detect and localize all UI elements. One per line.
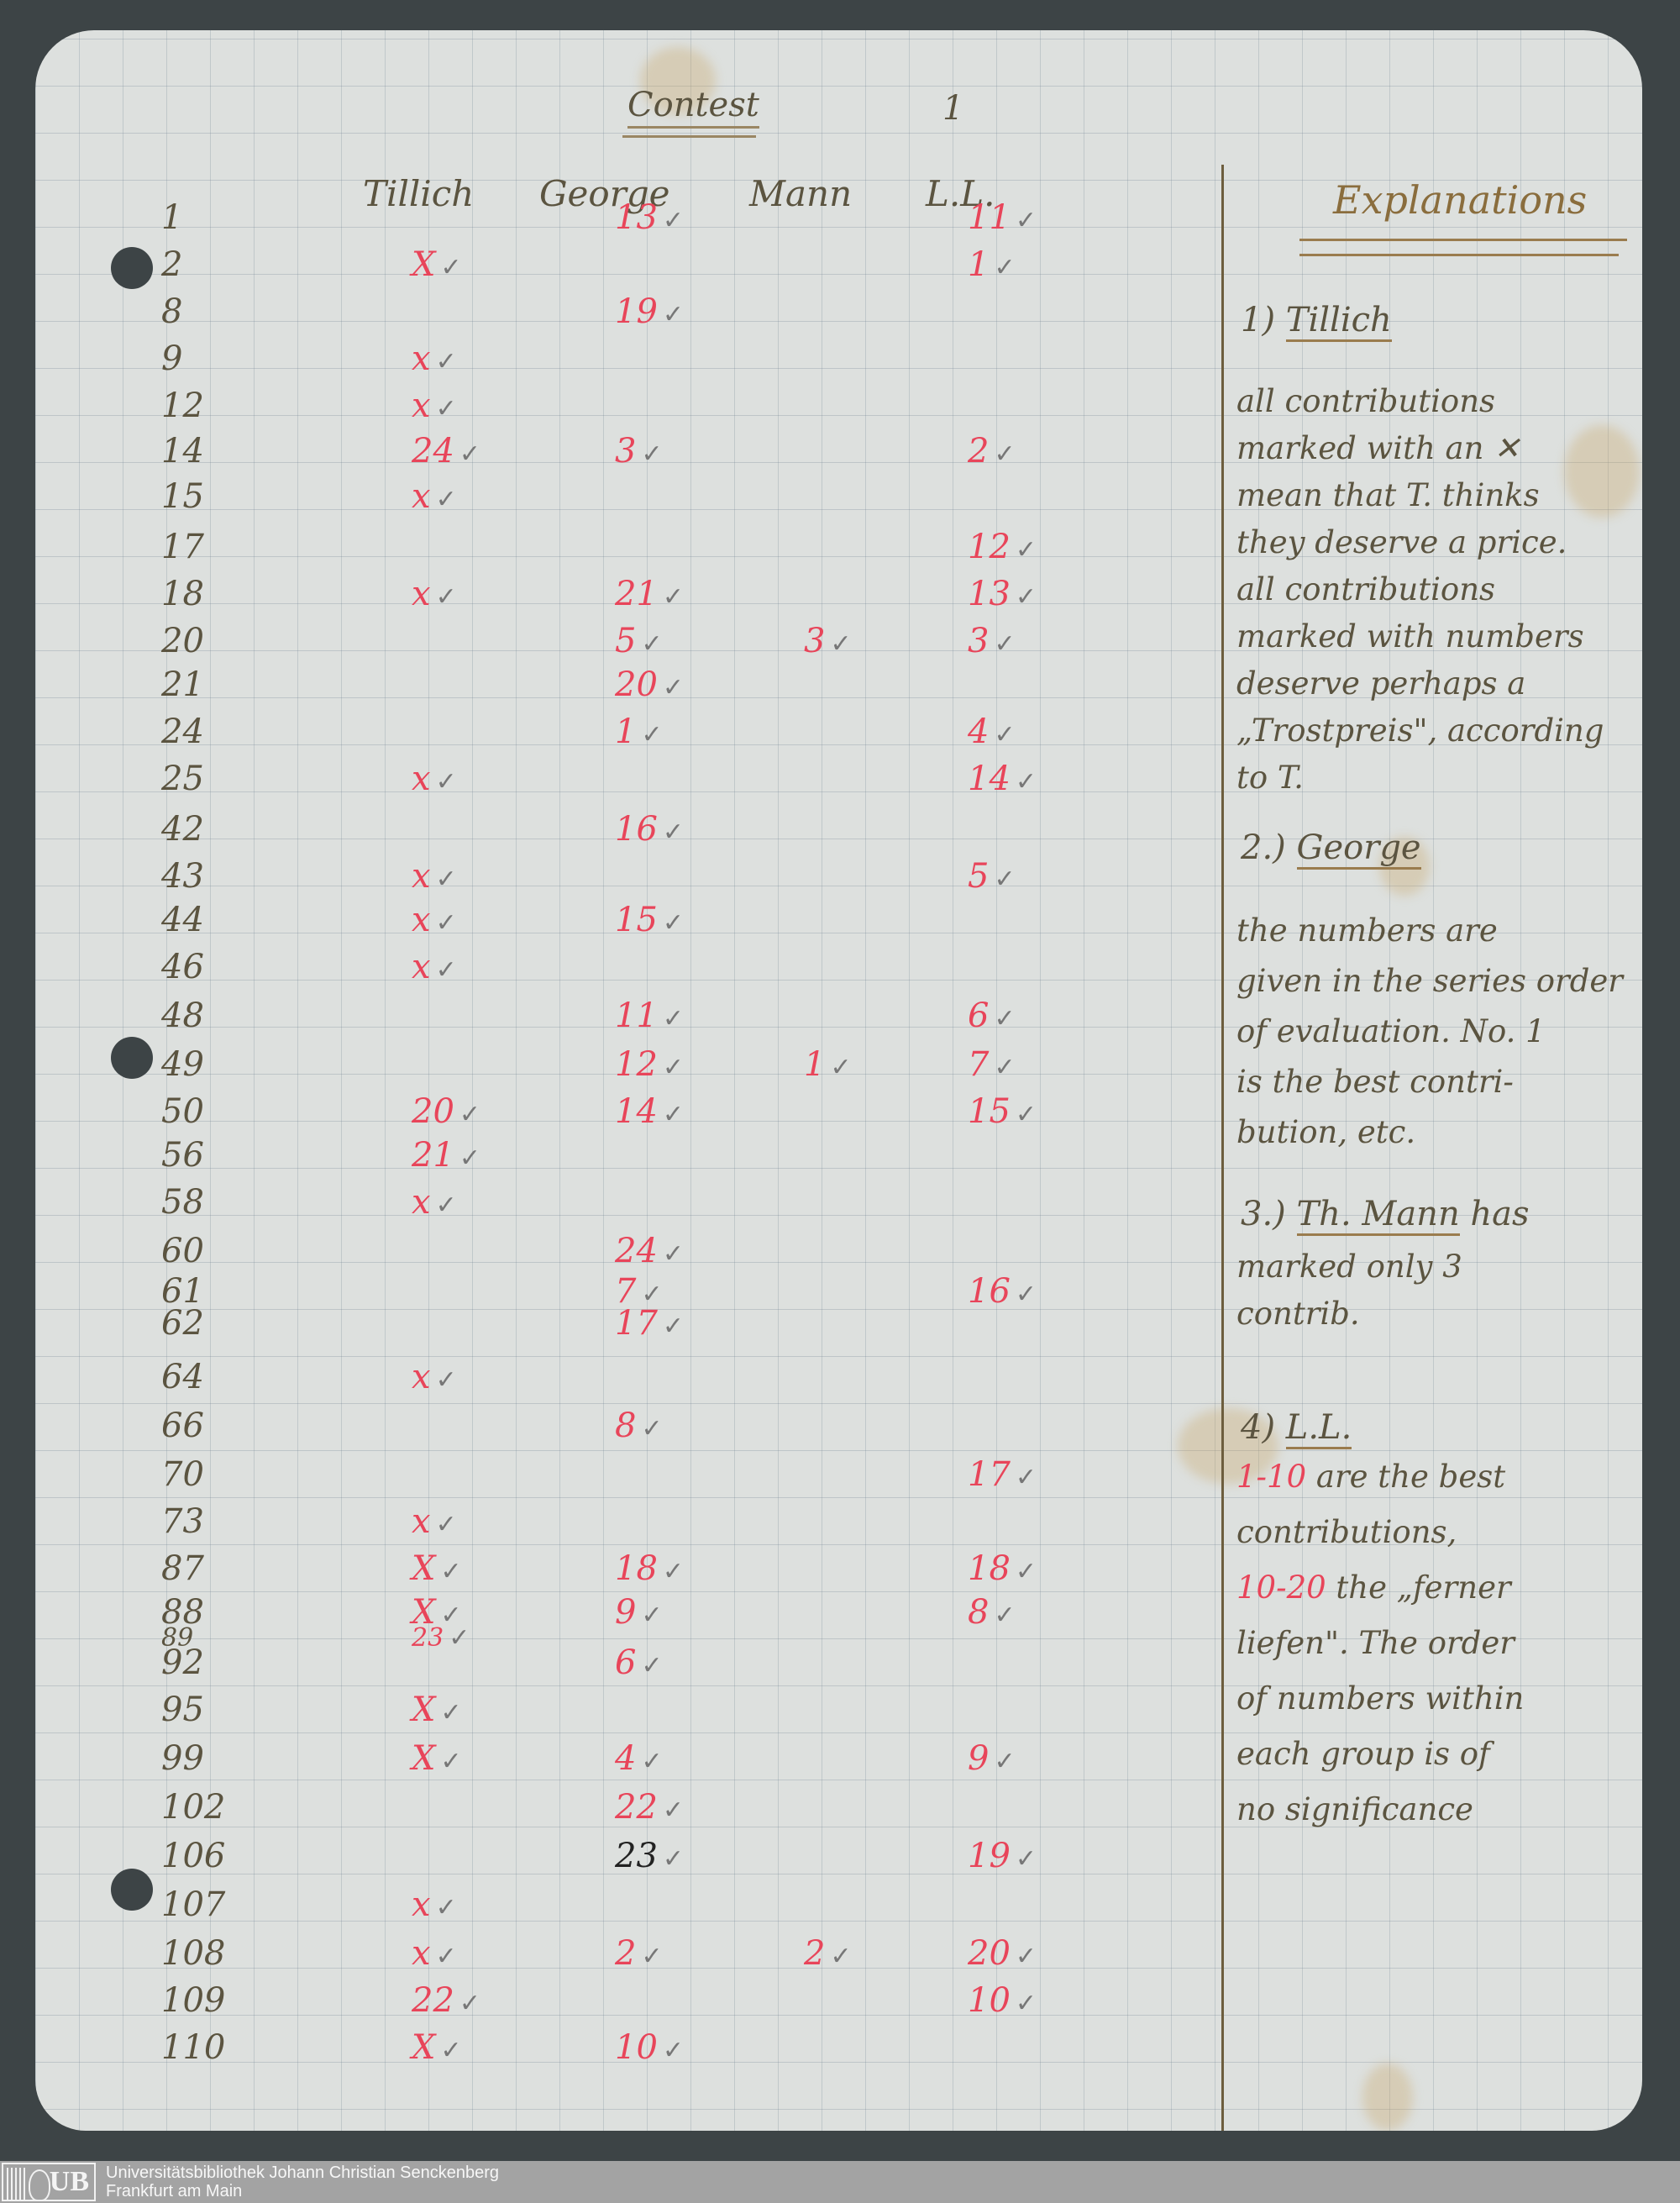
check-mark-icon: ✓ (440, 1557, 461, 1586)
row-number: 18 (161, 575, 237, 613)
check-mark-icon: ✓ (459, 1100, 480, 1129)
rating-cell-ll: 19✓ (968, 1837, 1037, 1875)
rating-value: x (412, 1502, 431, 1541)
check-mark-icon: ✓ (994, 1004, 1015, 1033)
rating-value: X (412, 1549, 435, 1588)
row-number: 44 (161, 901, 237, 939)
heading-suffix: has (1470, 1195, 1529, 1233)
check-mark-icon: ✓ (449, 1623, 470, 1653)
rating-cell-george: 3✓ (615, 432, 663, 471)
check-mark-icon: ✓ (663, 908, 684, 938)
row-number: 99 (161, 1739, 237, 1778)
title-underline (1299, 254, 1619, 256)
stain (1362, 2064, 1413, 2131)
check-mark-icon: ✓ (1016, 1989, 1037, 2018)
document-title: Contest (627, 86, 759, 129)
check-mark-icon: ✓ (436, 908, 457, 938)
check-mark-icon: ✓ (1016, 767, 1037, 797)
row-number: 73 (161, 1502, 237, 1541)
row-number: 64 (161, 1358, 237, 1396)
rating-value: x (412, 948, 431, 986)
explanation-line: all contributions (1236, 383, 1495, 419)
rating-value: 16 (968, 1272, 1011, 1311)
rating-value: 8 (615, 1406, 636, 1445)
rating-value: 15 (968, 1092, 1011, 1131)
rating-cell-tillich: 20✓ (412, 1092, 480, 1131)
check-mark-icon: ✓ (436, 1942, 457, 1971)
rating-value: 18 (968, 1549, 1011, 1588)
punch-hole (111, 247, 153, 289)
rating-value: 17 (968, 1455, 1011, 1494)
check-mark-icon: ✓ (830, 1942, 851, 1971)
ub-logo: UB (2, 2163, 96, 2201)
rating-cell-george: 23✓ (615, 1837, 684, 1875)
explanation-heading: 3.) Th. Mann has (1241, 1195, 1530, 1233)
heading-number: 4) (1241, 1408, 1275, 1447)
rating-cell-george: 4✓ (615, 1739, 663, 1778)
row-number: 109 (161, 1981, 237, 2020)
check-mark-icon: ✓ (994, 1747, 1015, 1776)
check-mark-icon: ✓ (641, 1747, 662, 1776)
check-mark-icon: ✓ (459, 439, 480, 469)
check-mark-icon: ✓ (663, 818, 684, 847)
row-number: 24 (161, 712, 237, 751)
rating-cell-ll: 18✓ (968, 1549, 1037, 1588)
rating-value: 18 (615, 1549, 658, 1588)
rating-value: 9 (615, 1593, 636, 1632)
row-number: 21 (161, 665, 237, 704)
check-mark-icon: ✓ (459, 1144, 480, 1173)
rating-value: 12 (968, 528, 1011, 566)
check-mark-icon: ✓ (994, 1053, 1015, 1082)
check-mark-icon: ✓ (663, 582, 684, 612)
rating-value: x (412, 477, 431, 516)
row-number: 8 (161, 292, 237, 331)
rating-cell-tillich: x✓ (412, 1934, 457, 1973)
check-mark-icon: ✓ (1016, 1844, 1037, 1874)
red-range-label: 10-20 (1236, 1569, 1326, 1606)
heading-number: 2.) (1241, 828, 1286, 867)
check-mark-icon: ✓ (436, 1510, 457, 1539)
row-number: 102 (161, 1788, 237, 1827)
rating-cell-george: 18✓ (615, 1549, 684, 1588)
explanation-line: „Trostpreis", according (1236, 712, 1604, 749)
rating-value: x (412, 339, 431, 378)
rating-cell-george: 15✓ (615, 901, 684, 939)
line-text: the „ferner (1326, 1569, 1511, 1606)
check-mark-icon: ✓ (436, 347, 457, 376)
rating-value: 2 (804, 1934, 825, 1973)
rating-cell-ll: 8✓ (968, 1593, 1016, 1632)
check-mark-icon: ✓ (830, 1053, 851, 1082)
check-mark-icon: ✓ (1016, 1557, 1037, 1586)
row-number: 62 (161, 1304, 237, 1343)
explanation-line: liefen". The order (1236, 1625, 1515, 1661)
heading-name: George (1297, 828, 1421, 870)
rating-cell-ll: 10✓ (968, 1981, 1037, 2020)
rating-value: 13 (968, 575, 1011, 613)
row-number: 17 (161, 528, 237, 566)
rating-value: 19 (615, 292, 658, 331)
rating-cell-ll: 15✓ (968, 1092, 1037, 1131)
rating-value: 16 (615, 810, 658, 849)
rating-cell-tillich: X✓ (412, 2028, 462, 2067)
rating-cell-george: 17✓ (615, 1304, 684, 1343)
rating-cell-george: 16✓ (615, 810, 684, 849)
rating-cell-george: 21✓ (615, 575, 684, 613)
row-number: 108 (161, 1934, 237, 1973)
check-mark-icon: ✓ (663, 2036, 684, 2065)
explanation-line: is the best contri- (1236, 1064, 1514, 1100)
rating-value: 7 (968, 1045, 989, 1084)
check-mark-icon: ✓ (663, 206, 684, 235)
title-underline (1299, 239, 1627, 241)
rating-cell-ll: 16✓ (968, 1272, 1037, 1311)
rating-value: 14 (615, 1092, 658, 1131)
rating-cell-tillich: X✓ (412, 245, 462, 284)
check-mark-icon: ✓ (1016, 535, 1037, 565)
check-mark-icon: ✓ (436, 865, 457, 894)
rating-value: 20 (968, 1934, 1011, 1973)
check-mark-icon: ✓ (994, 629, 1015, 659)
check-mark-icon: ✓ (641, 439, 662, 469)
rating-value: X (412, 2028, 435, 2067)
explanation-line: of evaluation. No. 1 (1236, 1013, 1546, 1049)
rating-value: 5 (615, 622, 636, 660)
rating-cell-george: 20✓ (615, 665, 684, 704)
rating-value: 12 (615, 1045, 658, 1084)
rating-cell-ll: 3✓ (968, 622, 1016, 660)
explanation-line: marked with an ✕ (1236, 430, 1520, 466)
rating-cell-ll: 17✓ (968, 1455, 1037, 1494)
check-mark-icon: ✓ (663, 1844, 684, 1874)
rating-cell-ll: 7✓ (968, 1045, 1016, 1084)
explanation-heading: 2.) George (1241, 828, 1421, 867)
rating-value: 9 (968, 1739, 989, 1778)
check-mark-icon: ✓ (440, 1698, 461, 1727)
check-mark-icon: ✓ (641, 629, 662, 659)
rating-cell-george: 8✓ (615, 1406, 663, 1445)
rating-cell-george: 2✓ (615, 1934, 663, 1973)
rating-value: x (412, 760, 431, 798)
rating-value: 22 (615, 1788, 658, 1827)
row-number: 9 (161, 339, 237, 378)
row-number: 107 (161, 1885, 237, 1924)
explanation-line: no significance (1236, 1791, 1473, 1827)
check-mark-icon: ✓ (1016, 206, 1037, 235)
explanation-line: they deserve a price. (1236, 524, 1567, 560)
rating-value: 20 (412, 1092, 454, 1131)
rating-value: x (412, 1358, 431, 1396)
rating-cell-george: 13✓ (615, 198, 684, 237)
rating-value: 4 (968, 712, 989, 751)
rating-cell-tillich: x✓ (412, 948, 457, 986)
row-number: 42 (161, 810, 237, 849)
rating-value: 6 (615, 1643, 636, 1682)
row-number: 12 (161, 386, 237, 425)
rating-cell-tillich: x✓ (412, 857, 457, 896)
check-mark-icon: ✓ (994, 1601, 1015, 1630)
logo-columns-icon (7, 2168, 25, 2200)
rating-value: x (412, 1934, 431, 1973)
rating-value: 11 (615, 996, 658, 1035)
explanation-line: 1-10 are the best (1236, 1459, 1505, 1495)
rating-value: 2 (615, 1934, 636, 1973)
check-mark-icon: ✓ (663, 300, 684, 329)
red-range-label: 1-10 (1236, 1459, 1306, 1495)
library-footer: UB Universitätsbibliothek Johann Christi… (0, 2161, 1680, 2203)
check-mark-icon: ✓ (1016, 1942, 1037, 1971)
row-number: 1 (161, 198, 237, 237)
stain (1564, 425, 1640, 518)
row-number: 58 (161, 1183, 237, 1222)
rating-value: X (412, 1739, 435, 1778)
rating-cell-ll: 1✓ (968, 245, 1016, 284)
explanation-line: 10-20 the „ferner (1236, 1569, 1511, 1606)
rating-cell-ll: 20✓ (968, 1934, 1037, 1973)
column-header-tillich: Tillich (363, 173, 474, 214)
row-number: 20 (161, 622, 237, 660)
rating-cell-tillich: 23✓ (412, 1623, 470, 1653)
explanation-line: the numbers are (1236, 912, 1498, 949)
check-mark-icon: ✓ (641, 1414, 662, 1443)
check-mark-icon: ✓ (436, 394, 457, 423)
rating-cell-ll: 13✓ (968, 575, 1037, 613)
rating-cell-george: 5✓ (615, 622, 663, 660)
rating-cell-tillich: 21✓ (412, 1136, 480, 1175)
rating-value: x (412, 575, 431, 613)
check-mark-icon: ✓ (663, 1239, 684, 1269)
rating-cell-tillich: 22✓ (412, 1981, 480, 2020)
row-number: 60 (161, 1232, 237, 1270)
rating-value: 17 (615, 1304, 658, 1343)
rating-cell-tillich: 24✓ (412, 432, 480, 471)
rating-value: 14 (968, 760, 1011, 798)
row-number: 46 (161, 948, 237, 986)
rating-value: 11 (968, 198, 1011, 237)
rating-value: 21 (615, 575, 658, 613)
rating-value: 1 (615, 712, 636, 751)
rating-value: 22 (412, 1981, 454, 2020)
heading-number: 1) (1241, 301, 1275, 339)
rating-cell-tillich: x✓ (412, 1358, 457, 1396)
check-mark-icon: ✓ (641, 1601, 662, 1630)
rating-cell-george: 6✓ (615, 1643, 663, 1682)
row-number: 50 (161, 1092, 237, 1131)
heading-name: Th. Mann (1297, 1195, 1460, 1236)
rating-value: 15 (615, 901, 658, 939)
rating-value: 24 (412, 432, 454, 471)
check-mark-icon: ✓ (663, 1796, 684, 1825)
rating-cell-tillich: x✓ (412, 575, 457, 613)
row-number: 56 (161, 1136, 237, 1175)
rating-value: 6 (968, 996, 989, 1035)
rating-cell-tillich: x✓ (412, 1502, 457, 1541)
rating-cell-mann: 3✓ (804, 622, 852, 660)
rating-value: 23 (412, 1623, 444, 1653)
check-mark-icon: ✓ (663, 1053, 684, 1082)
rating-cell-george: 14✓ (615, 1092, 684, 1131)
rating-value: 3 (615, 432, 636, 471)
rating-cell-george: 24✓ (615, 1232, 684, 1270)
rating-cell-george: 19✓ (615, 292, 684, 331)
check-mark-icon: ✓ (830, 629, 851, 659)
explanation-heading: 4) L.L. (1241, 1408, 1352, 1447)
row-number: 92 (161, 1643, 237, 1682)
check-mark-icon: ✓ (459, 1989, 480, 2018)
manuscript-page: Contest 1 Tillich George Mann L.L. 113✓1… (35, 30, 1642, 2131)
rating-value: 8 (968, 1593, 989, 1632)
check-mark-icon: ✓ (994, 439, 1015, 469)
heading-number: 3.) (1241, 1195, 1286, 1233)
check-mark-icon: ✓ (436, 767, 457, 797)
explanations-title: Explanations (1333, 177, 1587, 223)
explanation-line: to T. (1236, 760, 1304, 796)
rating-value: 10 (968, 1981, 1011, 2020)
rating-value: x (412, 386, 431, 425)
row-number: 48 (161, 996, 237, 1035)
rating-cell-tillich: x✓ (412, 760, 457, 798)
rating-cell-george: 11✓ (615, 996, 684, 1035)
check-mark-icon: ✓ (440, 253, 461, 282)
check-mark-icon: ✓ (436, 955, 457, 985)
rating-value: x (412, 1885, 431, 1924)
check-mark-icon: ✓ (641, 720, 662, 749)
rating-cell-tillich: x✓ (412, 1885, 457, 1924)
rating-value: x (412, 901, 431, 939)
rating-cell-ll: 14✓ (968, 760, 1037, 798)
explanation-line: each group is of (1236, 1736, 1490, 1772)
rating-cell-tillich: X✓ (412, 1549, 462, 1588)
explanation-line: contrib. (1236, 1296, 1360, 1332)
rating-cell-george: 1✓ (615, 712, 663, 751)
check-mark-icon: ✓ (1016, 582, 1037, 612)
explanation-line: marked with numbers (1236, 618, 1584, 655)
rating-value: 1 (804, 1045, 825, 1084)
rating-value: 3 (968, 622, 989, 660)
explanation-line: of numbers within (1236, 1680, 1524, 1717)
check-mark-icon: ✓ (663, 1100, 684, 1129)
check-mark-icon: ✓ (436, 485, 457, 514)
rating-cell-mann: 1✓ (804, 1045, 852, 1084)
check-mark-icon: ✓ (1016, 1100, 1037, 1129)
check-mark-icon: ✓ (641, 1651, 662, 1680)
rating-value: 4 (615, 1739, 636, 1778)
rating-value: 2 (968, 432, 989, 471)
check-mark-icon: ✓ (994, 253, 1015, 282)
explanation-line: mean that T. thinks (1236, 477, 1540, 513)
library-name: Universitätsbibliothek Johann Christian … (106, 2164, 499, 2200)
rating-value: 10 (615, 2028, 658, 2067)
rating-value: 21 (412, 1136, 454, 1175)
check-mark-icon: ✓ (994, 720, 1015, 749)
row-number: 87 (161, 1549, 237, 1588)
row-number: 14 (161, 432, 237, 471)
row-number: 15 (161, 477, 237, 516)
logo-portrait-icon (29, 2169, 50, 2201)
rating-value: x (412, 1183, 431, 1222)
rating-cell-ll: 9✓ (968, 1739, 1016, 1778)
rating-cell-mann: 2✓ (804, 1934, 852, 1973)
column-divider (1221, 165, 1224, 2131)
explanation-line: all contributions (1236, 571, 1495, 607)
rating-cell-tillich: x✓ (412, 339, 457, 378)
explanation-line: marked only 3 (1236, 1249, 1462, 1285)
explanation-line: given in the series order (1236, 963, 1623, 999)
rating-cell-ll: 12✓ (968, 528, 1037, 566)
column-header-mann: Mann (749, 173, 852, 214)
row-number: 110 (161, 2028, 237, 2067)
check-mark-icon: ✓ (436, 582, 457, 612)
heading-name: Tillich (1286, 301, 1392, 342)
row-number: 70 (161, 1455, 237, 1494)
rating-cell-george: 12✓ (615, 1045, 684, 1084)
logo-text: UB (50, 2166, 89, 2198)
check-mark-icon: ✓ (1016, 1463, 1037, 1492)
rating-cell-ll: 4✓ (968, 712, 1016, 751)
rating-cell-ll: 6✓ (968, 996, 1016, 1035)
rating-cell-tillich: x✓ (412, 477, 457, 516)
rating-value: 5 (968, 857, 989, 896)
check-mark-icon: ✓ (663, 1004, 684, 1033)
check-mark-icon: ✓ (994, 865, 1015, 894)
rating-cell-george: 10✓ (615, 2028, 684, 2067)
check-mark-icon: ✓ (663, 1557, 684, 1586)
rating-value: 3 (804, 622, 825, 660)
rating-value: 19 (968, 1837, 1011, 1875)
rating-cell-ll: 11✓ (968, 198, 1037, 237)
punch-hole (111, 1869, 153, 1911)
rating-cell-tillich: x✓ (412, 386, 457, 425)
rating-cell-tillich: x✓ (412, 1183, 457, 1222)
rating-cell-tillich: X✓ (412, 1739, 462, 1778)
rating-value: X (412, 1690, 435, 1729)
row-number: 43 (161, 857, 237, 896)
rating-value: 20 (615, 665, 658, 704)
line-text: are the best (1306, 1459, 1505, 1495)
heading-name: L.L. (1286, 1408, 1352, 1449)
rating-cell-tillich: X✓ (412, 1690, 462, 1729)
rating-value: x (412, 857, 431, 896)
rating-value: 24 (615, 1232, 658, 1270)
rating-value: 1 (968, 245, 989, 284)
rating-cell-ll: 5✓ (968, 857, 1016, 896)
explanation-line: contributions, (1236, 1514, 1457, 1550)
check-mark-icon: ✓ (436, 1893, 457, 1922)
check-mark-icon: ✓ (641, 1942, 662, 1971)
rating-cell-george: 22✓ (615, 1788, 684, 1827)
check-mark-icon: ✓ (663, 673, 684, 702)
row-number: 49 (161, 1045, 237, 1084)
explanation-line: bution, etc. (1236, 1114, 1415, 1150)
rating-cell-tillich: x✓ (412, 901, 457, 939)
check-mark-icon: ✓ (440, 2036, 461, 2065)
rating-value: 13 (615, 198, 658, 237)
row-number: 2 (161, 245, 237, 284)
library-name-line2: Frankfurt am Main (106, 2182, 499, 2200)
rating-cell-ll: 2✓ (968, 432, 1016, 471)
page-number: 1 (942, 89, 963, 128)
check-mark-icon: ✓ (436, 1365, 457, 1395)
check-mark-icon: ✓ (1016, 1280, 1037, 1309)
explanation-line: deserve perhaps a (1236, 665, 1525, 702)
row-number: 66 (161, 1406, 237, 1445)
rating-cell-george: 9✓ (615, 1593, 663, 1632)
row-number: 95 (161, 1690, 237, 1729)
rating-value: 23 (615, 1837, 658, 1875)
explanation-heading: 1) Tillich (1241, 301, 1392, 339)
library-name-line1: Universitätsbibliothek Johann Christian … (106, 2164, 499, 2182)
